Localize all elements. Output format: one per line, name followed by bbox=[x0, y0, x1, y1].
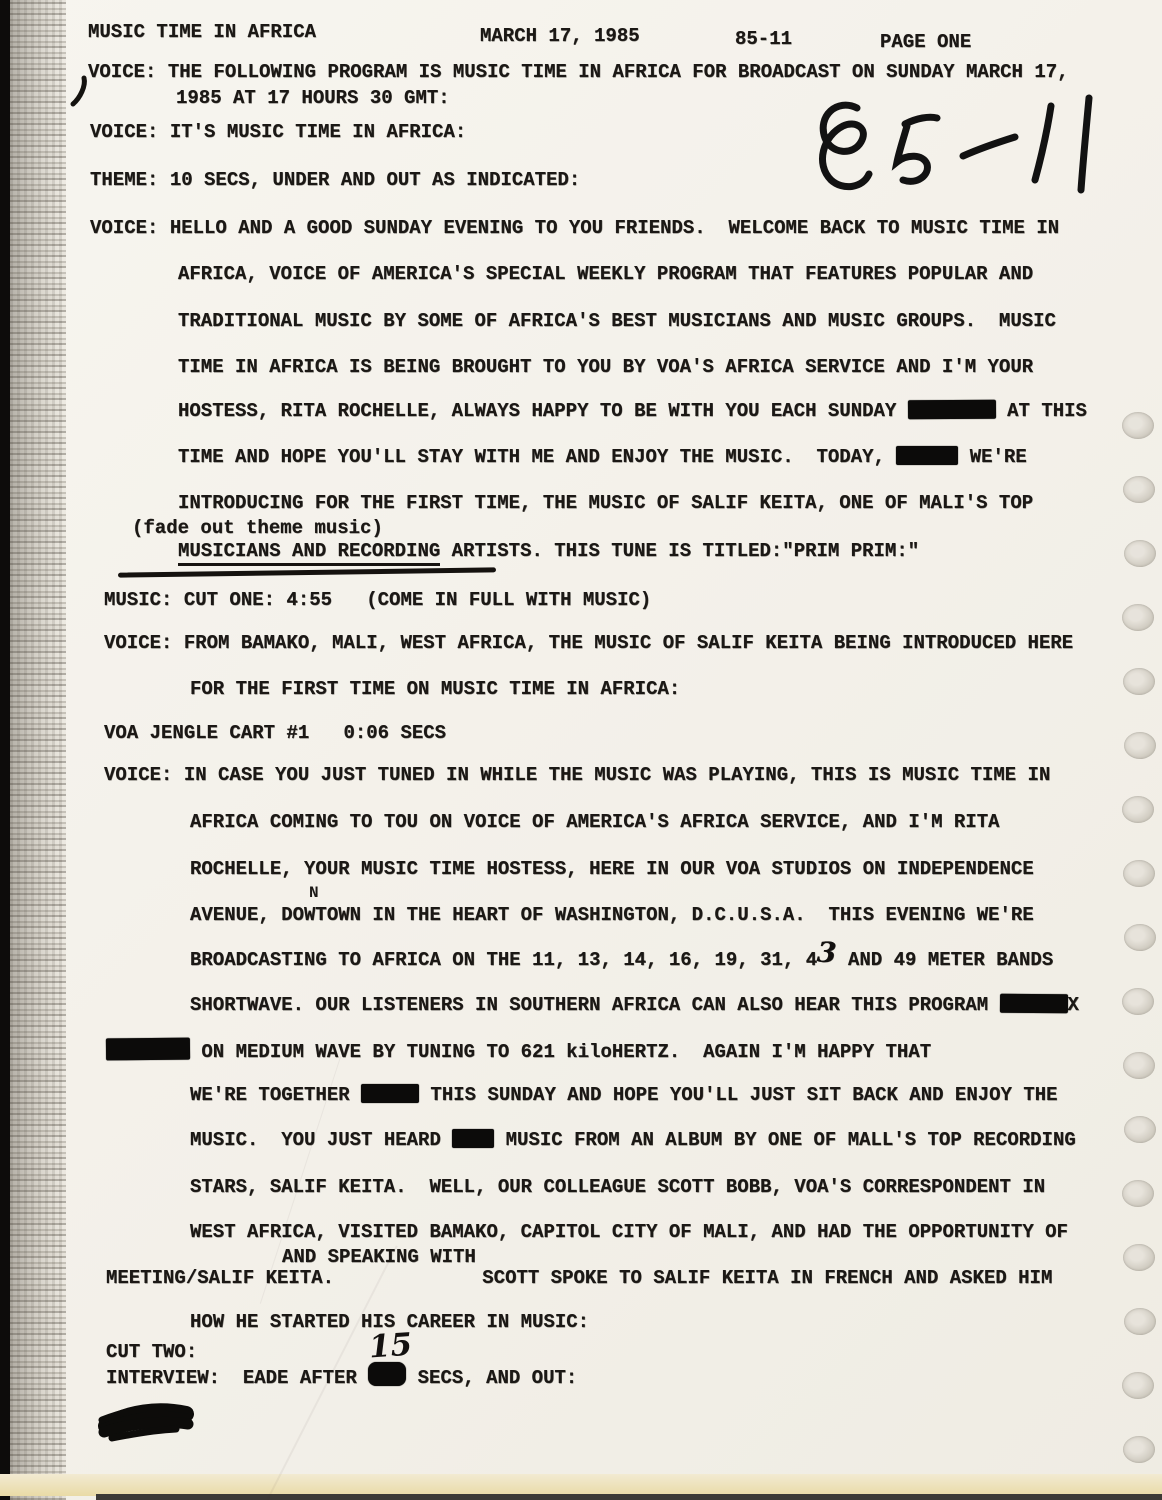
typed-insertion-n: N bbox=[309, 884, 319, 902]
script-line: TRADITIONAL MUSIC BY SOME OF AFRICA'S BE… bbox=[178, 309, 1056, 333]
punch-hole bbox=[1124, 924, 1156, 951]
binding-texture-strip bbox=[10, 0, 66, 1500]
jingle-cue-line: VOA JENGLE CART #1 0:06 SECS bbox=[104, 721, 446, 745]
script-line: 1985 AT 17 HOURS 30 GMT: bbox=[176, 86, 450, 110]
script-line: AFRICA, VOICE OF AMERICA'S SPECIAL WEEKL… bbox=[178, 262, 1033, 286]
punch-hole bbox=[1124, 1308, 1156, 1335]
script-line: VOICE: IT'S MUSIC TIME IN AFRICA: bbox=[90, 120, 466, 144]
punch-hole bbox=[1122, 1180, 1154, 1207]
punch-hole bbox=[1124, 732, 1156, 759]
broadcast-date: MARCH 17, 1985 bbox=[480, 24, 640, 48]
episode-number: 85-11 bbox=[735, 27, 792, 51]
line-text: AT THIS bbox=[996, 400, 1087, 422]
line-text: WE'RE bbox=[958, 446, 1026, 468]
punch-hole bbox=[1122, 796, 1154, 823]
punch-hole bbox=[1123, 1436, 1155, 1463]
line-text: AND 49 METER BANDS bbox=[837, 949, 1054, 971]
line-text: MUSIC FROM AN ALBUM BY ONE OF MALL'S TOP… bbox=[494, 1129, 1076, 1151]
scan-edge-black-strip bbox=[0, 0, 10, 1500]
handwritten-meter-band-correction: 3 bbox=[817, 952, 836, 953]
redaction-mark bbox=[106, 1038, 190, 1061]
punch-hole bbox=[1122, 1372, 1154, 1399]
redaction-mark bbox=[908, 400, 996, 420]
punch-hole bbox=[1124, 1116, 1156, 1143]
script-line: VOICE: THE FOLLOWING PROGRAM IS MUSIC TI… bbox=[88, 60, 1069, 84]
script-line: AFRICA COMING TO TOU ON VOICE OF AMERICA… bbox=[190, 810, 1000, 834]
punch-hole bbox=[1122, 412, 1154, 439]
punch-hole bbox=[1123, 476, 1155, 503]
interview-cue-line: INTERVIEW: EADE AFTER SECS, AND OUT: bbox=[106, 1362, 577, 1390]
line-text: THIS SUNDAY AND HOPE YOU'LL JUST SIT BAC… bbox=[419, 1084, 1058, 1106]
punch-hole bbox=[1123, 1244, 1155, 1271]
script-line: ROCHELLE, YOUR MUSIC TIME HOSTESS, HERE … bbox=[190, 857, 1034, 881]
line-text: X bbox=[1068, 994, 1079, 1016]
redaction-mark bbox=[896, 446, 958, 465]
handwritten-fade-seconds: 15 bbox=[368, 1327, 414, 1366]
line-text: ARTISTS. THIS TUNE IS TITLED:"PRIM PRIM:… bbox=[440, 540, 919, 562]
line-text: BROADCASTING TO AFRICA ON THE 11, 13, 14… bbox=[190, 949, 817, 971]
punch-hole bbox=[1124, 540, 1156, 567]
script-line: MUSIC. YOU JUST HEARD MUSIC FROM AN ALBU… bbox=[190, 1128, 1076, 1152]
script-line: VOICE: IN CASE YOU JUST TUNED IN WHILE T… bbox=[104, 763, 1050, 787]
line-text: SECS, AND OUT: bbox=[406, 1367, 577, 1389]
script-line: STARS, SALIF KEITA. WELL, OUR COLLEAGUE … bbox=[190, 1175, 1045, 1199]
punch-hole bbox=[1122, 988, 1154, 1015]
line-text: HOSTESS, RITA ROCHELLE, ALWAYS HAPPY TO … bbox=[178, 400, 908, 422]
scanned-radio-script-page: MUSIC TIME IN AFRICA MARCH 17, 1985 85-1… bbox=[0, 0, 1162, 1500]
script-line: MUSICIANS AND RECORDING ARTISTS. THIS TU… bbox=[178, 539, 919, 563]
pen-mark bbox=[70, 76, 90, 108]
punch-hole bbox=[1123, 860, 1155, 887]
redaction-mark bbox=[368, 1362, 406, 1386]
punch-hole bbox=[1123, 668, 1155, 695]
under-sheet-edge bbox=[0, 1474, 1162, 1496]
stage-direction: (fade out theme music) bbox=[132, 516, 383, 540]
scan-bottom-shadow bbox=[96, 1494, 1162, 1500]
redaction-mark bbox=[999, 994, 1067, 1014]
script-line: TIME IN AFRICA IS BEING BROUGHT TO YOU B… bbox=[178, 355, 1033, 379]
script-line: VOICE: HELLO AND A GOOD SUNDAY EVENING T… bbox=[90, 216, 1059, 240]
script-line: FOR THE FIRST TIME ON MUSIC TIME IN AFRI… bbox=[190, 677, 680, 701]
line-text: ON MEDIUM WAVE BY TUNING TO 621 kiloHERT… bbox=[190, 1041, 931, 1063]
underlined-text: MUSICIANS AND RECORDING bbox=[178, 540, 440, 566]
script-line: ON MEDIUM WAVE BY TUNING TO 621 kiloHERT… bbox=[106, 1038, 931, 1064]
page-number: PAGE ONE bbox=[880, 30, 971, 54]
line-text: INTERVIEW: EADE AFTER bbox=[106, 1367, 368, 1389]
strikethrough-scribble bbox=[98, 1398, 198, 1446]
cue-label-line: CUT TWO: bbox=[106, 1340, 197, 1364]
line-text: WE'RE TOGETHER bbox=[190, 1084, 361, 1106]
script-line: MEETING/SALIF KEITA. SCOTT SPOKE TO SALI… bbox=[106, 1266, 1052, 1290]
script-line: THEME: 10 SECS, UNDER AND OUT AS INDICAT… bbox=[90, 168, 580, 192]
hand-underline bbox=[118, 567, 496, 577]
script-line: VOICE: FROM BAMAKO, MALI, WEST AFRICA, T… bbox=[104, 631, 1073, 655]
handwritten-episode-number bbox=[795, 92, 1125, 202]
script-line: WE'RE TOGETHER THIS SUNDAY AND HOPE YOU'… bbox=[190, 1083, 1058, 1107]
punch-hole bbox=[1123, 1052, 1155, 1079]
script-line: BROADCASTING TO AFRICA ON THE 11, 13, 14… bbox=[190, 948, 1053, 972]
redaction-mark bbox=[452, 1129, 494, 1148]
script-line: TIME AND HOPE YOU'LL STAY WITH ME AND EN… bbox=[178, 445, 1027, 469]
script-line: INTRODUCING FOR THE FIRST TIME, THE MUSI… bbox=[178, 491, 1033, 515]
script-line: WEST AFRICA, VISITED BAMAKO, CAPITOL CIT… bbox=[190, 1220, 1068, 1244]
redaction-mark bbox=[361, 1084, 419, 1103]
script-line: SHORTWAVE. OUR LISTENERS IN SOUTHERN AFR… bbox=[190, 993, 1079, 1017]
line-text: MUSIC. YOU JUST HEARD bbox=[190, 1129, 452, 1151]
script-line: AVENUE, DOWTOWN IN THE HEART OF WASHINGT… bbox=[190, 903, 1034, 927]
line-text: TIME AND HOPE YOU'LL STAY WITH ME AND EN… bbox=[178, 446, 896, 468]
script-line: HOSTESS, RITA ROCHELLE, ALWAYS HAPPY TO … bbox=[178, 399, 1087, 423]
music-cue-line: MUSIC: CUT ONE: 4:55 (COME IN FULL WITH … bbox=[104, 588, 651, 612]
document-title: MUSIC TIME IN AFRICA bbox=[88, 20, 316, 44]
punch-hole bbox=[1122, 604, 1154, 631]
line-text: SHORTWAVE. OUR LISTENERS IN SOUTHERN AFR… bbox=[190, 994, 1000, 1016]
